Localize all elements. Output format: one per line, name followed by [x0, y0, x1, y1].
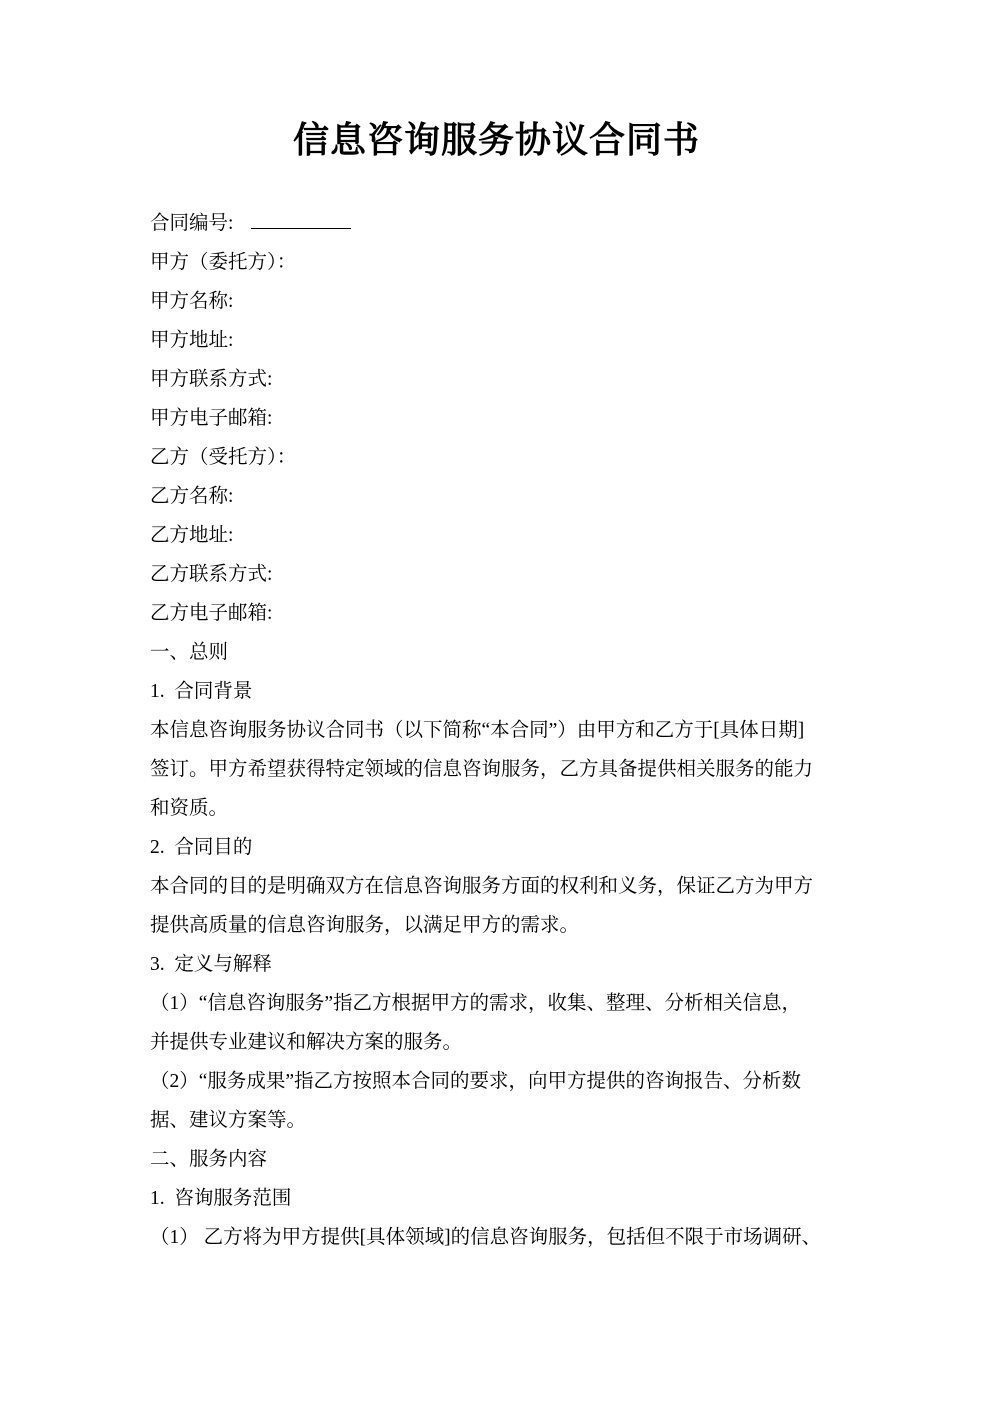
clause-contract-background-paragraph: 本信息咨询服务协议合同书（以下简称“本合同”）由甲方和乙方于[具体日期] 签订。… [150, 711, 847, 828]
definition-service-deliverables-paragraph: （2）“服务成果”指乙方按照本合同的要求，向甲方提供的咨询报告、分析数 据、建议… [150, 1062, 847, 1140]
contract-number-line: 合同编号: [150, 204, 847, 243]
contract-number-label: 合同编号: [150, 213, 238, 234]
document-body: 合同编号: 甲方（委托方）： 甲方名称: 甲方地址: 甲方联系方式: 甲方电子邮… [150, 204, 847, 1257]
party-a-heading: 甲方（委托方）： [150, 243, 847, 282]
party-b-address-field: 乙方地址: [150, 516, 847, 555]
party-a-address-field: 甲方地址: [150, 321, 847, 360]
party-a-email-field: 甲方电子邮箱: [150, 399, 847, 438]
clause-definitions-heading: 3. 定义与解释 [150, 945, 847, 984]
party-b-name-field: 乙方名称: [150, 477, 847, 516]
document-title: 信息咨询服务协议合同书 [0, 0, 993, 170]
party-b-heading: 乙方（受托方）： [150, 438, 847, 477]
party-b-contact-field: 乙方联系方式: [150, 555, 847, 594]
definition-consulting-service-paragraph: （1）“信息咨询服务”指乙方根据甲方的需求，收集、整理、分析相关信息， 并提供专… [150, 984, 847, 1062]
clause-contract-purpose-paragraph: 本合同的目的是明确双方在信息咨询服务方面的权利和义务，保证乙方为甲方 提供高质量… [150, 867, 847, 945]
section-service-content-heading: 二、服务内容 [150, 1140, 847, 1179]
clause-contract-background-heading: 1. 合同背景 [150, 672, 847, 711]
document-page: 信息咨询服务协议合同书 合同编号: 甲方（委托方）： 甲方名称: 甲方地址: 甲… [0, 0, 993, 1404]
party-a-contact-field: 甲方联系方式: [150, 360, 847, 399]
clause-service-scope-heading: 1. 咨询服务范围 [150, 1179, 847, 1218]
party-a-name-field: 甲方名称: [150, 282, 847, 321]
service-scope-item-paragraph: （1） 乙方将为甲方提供[具体领域]的信息咨询服务，包括但不限于市场调研、 [150, 1218, 847, 1257]
contract-number-blank [251, 206, 351, 229]
party-b-email-field: 乙方电子邮箱: [150, 594, 847, 633]
clause-contract-purpose-heading: 2. 合同目的 [150, 828, 847, 867]
section-general-provisions-heading: 一、总则 [150, 633, 847, 672]
